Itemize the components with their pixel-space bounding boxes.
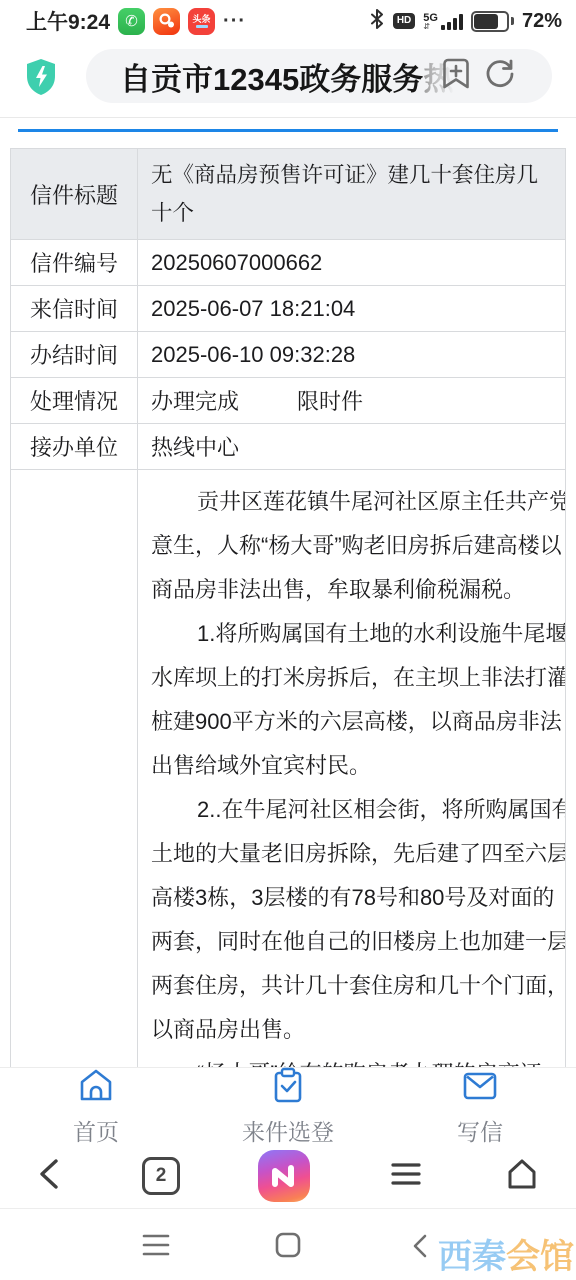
nav-item-selected-letters[interactable]: 来件选登 xyxy=(192,1068,384,1144)
home-icon xyxy=(76,1065,116,1110)
back-chevron-icon[interactable] xyxy=(410,1233,430,1264)
row-label: 信件标题 xyxy=(11,149,138,239)
body-text-line: 商品房非法出售，牟取暴利偷税漏税。 xyxy=(151,568,565,612)
section-accent-line xyxy=(18,129,558,132)
table-row-body: 贡井区莲花镇牛尾河社区原主任共产党员杨意生，人称“杨大哥”购老旧房拆后建高楼以商… xyxy=(11,470,565,1067)
body-text-line: 1.将所购属国有土地的水利设施牛尾堰 xyxy=(151,612,565,656)
body-text-line: 意生，人称“杨大哥”购老旧房拆后建高楼以 xyxy=(151,524,565,568)
browser-toolbar: 2 xyxy=(0,1143,576,1209)
menu-icon[interactable] xyxy=(388,1159,424,1194)
row-label: 信件编号 xyxy=(11,240,138,285)
notification-dots-icon: ··· xyxy=(223,10,246,33)
shield-icon[interactable] xyxy=(24,57,58,102)
site-footer-nav: 首页 来件选登 写信 xyxy=(0,1067,576,1144)
address-text: 自贡市12345政务服务 xyxy=(120,54,423,99)
refresh-icon[interactable] xyxy=(484,58,516,95)
status-bar: 上午9:24 ✆ 头条 ··· HD 5G⇵ 72% xyxy=(0,0,576,40)
body-text-line: 两套，同时在他自己的旧楼房上也加建一层 xyxy=(151,920,565,964)
orange-app-icon xyxy=(153,8,180,35)
watermark: 西秦会馆 xyxy=(438,1229,574,1278)
toolbar-divider xyxy=(0,1208,576,1209)
row-value-extra: 限时件 xyxy=(297,385,363,416)
letter-body: 贡井区莲花镇牛尾河社区原主任共产党员杨意生，人称“杨大哥”购老旧房拆后建高楼以商… xyxy=(138,470,565,1067)
letter-detail-table: 信件标题 无《商品房预售许可证》建几十套住房几十个 信件编号 202506070… xyxy=(10,148,566,1067)
square-icon[interactable] xyxy=(274,1231,302,1264)
row-value: 2025-06-07 18:21:04 xyxy=(138,286,565,331)
body-text-line: 以商品房出售。 xyxy=(151,1008,565,1052)
row-label: 接办单位 xyxy=(11,424,138,469)
bluetooth-icon xyxy=(369,8,385,35)
table-row: 处理情况 办理完成 限时件 xyxy=(11,378,565,424)
row-value: 无《商品房预售许可证》建几十套住房几十个 xyxy=(138,149,565,239)
nav-item-write-letter[interactable]: 写信 xyxy=(384,1068,576,1144)
phone-screen: 上午9:24 ✆ 头条 ··· HD 5G⇵ 72% xyxy=(0,0,576,1280)
row-label: 来信时间 xyxy=(11,286,138,331)
row-value: 2025-06-10 09:32:28 xyxy=(138,332,565,377)
phone-app-icon: ✆ xyxy=(118,8,145,35)
body-text-line: 水库坝上的打米房拆后，在主坝上非法打灌 xyxy=(151,656,565,700)
back-icon[interactable] xyxy=(34,1154,64,1199)
battery-percent: 72% xyxy=(522,10,562,33)
table-row: 接办单位 热线中心 xyxy=(11,424,565,470)
body-text-line: 高楼3栋，3层楼的有78号和80号及对面的 xyxy=(151,876,565,920)
row-value: 热线中心 xyxy=(138,424,565,469)
browser-logo-icon[interactable] xyxy=(258,1150,310,1202)
signal-bars-icon: 5G⇵ xyxy=(423,13,463,30)
body-text-line: 2..在牛尾河社区相会街，将所购属国有 xyxy=(151,788,565,832)
row-label: 处理情况 xyxy=(11,378,138,423)
envelope-icon xyxy=(460,1065,500,1110)
hamburger-icon[interactable] xyxy=(140,1233,172,1262)
webpage-content: 信件标题 无《商品房预售许可证》建几十套住房几十个 信件编号 202506070… xyxy=(0,118,576,1067)
table-row: 信件标题 无《商品房预售许可证》建几十套住房几十个 xyxy=(11,149,565,240)
row-label: 办结时间 xyxy=(11,332,138,377)
body-text-line: 两套住房，共计几十套住房和几十个门面， xyxy=(151,964,565,1008)
table-row: 信件编号 20250607000662 xyxy=(11,240,565,286)
toutiao-app-icon: 头条 xyxy=(188,8,215,35)
battery-icon xyxy=(471,11,514,32)
row-value: 办理完成 限时件 xyxy=(138,378,565,423)
system-nav-bar: 西秦会馆 xyxy=(0,1209,576,1280)
nav-item-home[interactable]: 首页 xyxy=(0,1068,192,1144)
body-text-line: “杨大哥”给有的购房者办理的房产证 xyxy=(151,1052,565,1067)
hd-badge: HD xyxy=(393,13,415,29)
row-value: 20250607000662 xyxy=(138,240,565,285)
body-text-line: 出售给域外宜宾村民。 xyxy=(151,744,565,788)
tabs-icon[interactable]: 2 xyxy=(142,1157,180,1195)
body-text-line: 桩建900平方米的六层高楼，以商品房非法 xyxy=(151,700,565,744)
table-row: 来信时间 2025-06-07 18:21:04 xyxy=(11,286,565,332)
row-label-empty xyxy=(11,470,138,1067)
clock: 上午9:24 xyxy=(26,6,110,36)
table-row: 办结时间 2025-06-10 09:32:28 xyxy=(11,332,565,378)
browser-header: 自贡市12345政务服务热 xyxy=(0,40,576,117)
body-text-line: 贡井区莲花镇牛尾河社区原主任共产党员杨 xyxy=(151,480,565,524)
bookmark-add-icon[interactable] xyxy=(441,57,471,96)
clipboard-check-icon xyxy=(268,1065,308,1110)
body-text-line: 土地的大量老旧房拆除，先后建了四至六层 xyxy=(151,832,565,876)
address-bar[interactable]: 自贡市12345政务服务热 xyxy=(86,49,552,103)
home-outline-icon[interactable] xyxy=(502,1154,542,1199)
